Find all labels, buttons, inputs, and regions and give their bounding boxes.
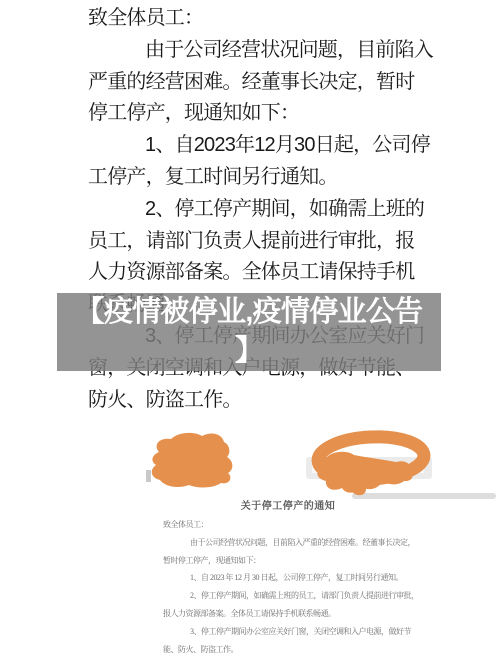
notice-text-line: 2、停工停产期间，如确需上班的 [88, 194, 433, 226]
caption-overlay-banner: 【疫情被停业,疫情停业公告 】 [57, 293, 441, 371]
embedded-notice-body: 致全体员工： 由于公司经营状况问题，目前陷入严重的经营困难。经董事长决定， 暂时… [150, 516, 426, 658]
banner-title-line-2: 】 [235, 332, 263, 371]
orange-scribble-icon [152, 433, 233, 488]
highlight-annotations [0, 425, 500, 535]
notice-text-line: 1、自2023年12月30日起，公司停 [88, 130, 433, 162]
notice-text-line: 致全体员工： [88, 3, 433, 35]
orange-drip [351, 482, 366, 495]
notice-text-line: 员工，请部门负责人提前进行审批，报 [88, 226, 433, 258]
banner-title-line-1: 【疫情被停业,疫情停业公告 [76, 293, 423, 332]
embedded-notice-line: 3、停工停产期间办公室应关好门窗，关闭空调和入户电源，做好节 [150, 623, 426, 641]
notice-article-image: 致全体员工： 由于公司经营状况问题，目前陷入 严重的经营困难。经董事长决定，暂时… [0, 0, 500, 666]
notice-text-line: 人力资源部备案。全体员工请保持手机 [88, 257, 433, 289]
gray-fragment-bar [352, 493, 496, 499]
embedded-notice-line: 2、停工停产期间，如确需上班的员工，请部门负责人提前进行审批， [150, 587, 426, 605]
embedded-notice-line: 由于公司经营状况问题，目前陷入严重的经营困难。经董事长决定， [150, 534, 426, 552]
embedded-notice-line: 1、自 2023 年 12 月 30 日起，公司停工停产，复工时间另行通知。 [150, 569, 426, 587]
notice-text-line: 防火、防盗工作。 [88, 385, 433, 417]
notice-text-line: 由于公司经营状况问题，目前陷入 [88, 35, 433, 67]
embedded-notice-line: 能、防火、防盗工作。 [150, 641, 426, 659]
notice-text-line: 停工停产，现通知如下： [88, 98, 433, 130]
embedded-notice-line: 暂时停工停产，现通知如下： [150, 552, 426, 570]
notice-text-line: 工停产，复工时间另行通知。 [88, 162, 433, 194]
embedded-notice-line: 报人力资源部备案。全体员工请保持手机联系畅通。 [150, 605, 426, 623]
notice-text-line: 严重的经营困难。经董事长决定，暂时 [88, 67, 433, 99]
gray-sliver [146, 470, 151, 482]
